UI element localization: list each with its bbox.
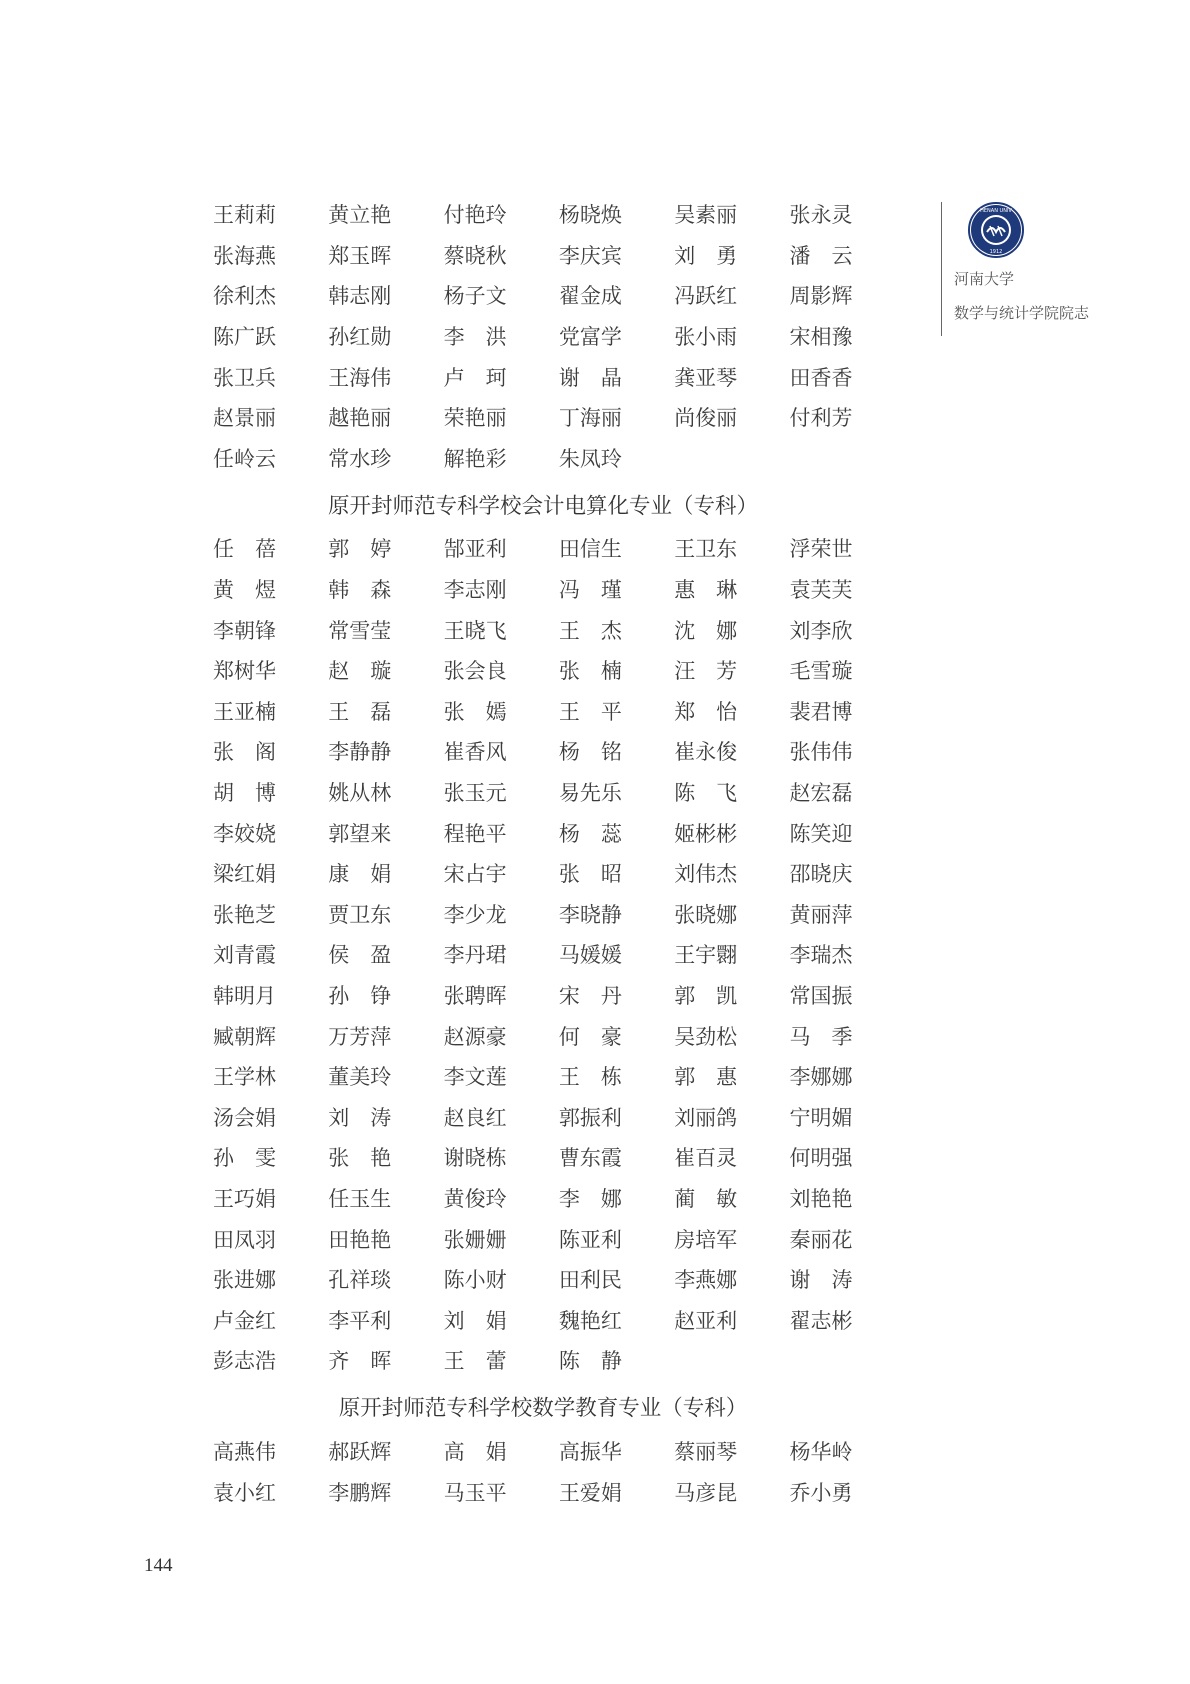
student-name: 杨子文 xyxy=(444,280,559,310)
student-name: 王 平 xyxy=(559,696,674,726)
student-name: 黄俊玲 xyxy=(444,1183,559,1213)
student-name: 李庆宾 xyxy=(559,240,674,270)
name-row: 李朝锋常雪莹王晓飞王 杰沈 娜刘李欣 xyxy=(213,609,913,650)
student-name: 张 艳 xyxy=(328,1142,443,1172)
student-name: 王晓飞 xyxy=(444,615,559,645)
student-name: 赵宏磊 xyxy=(789,777,904,807)
student-name: 陈亚利 xyxy=(559,1224,674,1254)
student-name: 李姣娆 xyxy=(213,818,328,848)
student-name: 毛雪璇 xyxy=(789,655,904,685)
student-name: 蔺 敏 xyxy=(674,1183,789,1213)
student-name: 李娜娜 xyxy=(789,1061,904,1091)
henan-university-seal-icon: HENAN UNIV 1912 xyxy=(968,202,1024,258)
name-row: 彭志浩齐 晖王 蕾陈 静 xyxy=(213,1340,913,1381)
student-name: 周影辉 xyxy=(789,280,904,310)
university-name: 河南大学 xyxy=(954,268,1089,289)
student-name: 黄丽萍 xyxy=(789,899,904,929)
student-name: 刘 娟 xyxy=(444,1305,559,1335)
student-name: 李文莲 xyxy=(444,1061,559,1091)
name-row: 李姣娆郭望来程艳平杨 蕊姬彬彬陈笑迎 xyxy=(213,812,913,853)
svg-text:HENAN UNIV: HENAN UNIV xyxy=(980,208,1012,214)
student-name: 谢晓栋 xyxy=(444,1142,559,1172)
student-name: 李志刚 xyxy=(444,574,559,604)
student-name: 马媛媛 xyxy=(559,939,674,969)
student-name: 李静静 xyxy=(328,736,443,766)
student-name: 吴劲松 xyxy=(674,1021,789,1051)
student-name: 王 蕾 xyxy=(444,1345,559,1375)
student-name: 黄 煜 xyxy=(213,574,328,604)
student-name: 袁芙芙 xyxy=(789,574,904,604)
student-name: 汪 芳 xyxy=(674,655,789,685)
student-name: 张姗姗 xyxy=(444,1224,559,1254)
student-name: 蔡丽琴 xyxy=(674,1436,789,1466)
student-name: 程艳平 xyxy=(444,818,559,848)
student-name: 梁红娟 xyxy=(213,858,328,888)
student-name: 万芳萍 xyxy=(328,1021,443,1051)
student-name: 魏艳红 xyxy=(559,1305,674,1335)
student-name: 杨晓焕 xyxy=(559,199,674,229)
name-row: 任 蓓郭 婷郜亚利田信生王卫东浮荣世 xyxy=(213,528,913,569)
student-name: 郭望来 xyxy=(328,818,443,848)
student-name: 汤会娟 xyxy=(213,1102,328,1132)
student-name: 任岭云 xyxy=(213,443,328,473)
student-name: 龚亚琴 xyxy=(674,362,789,392)
student-name: 张进娜 xyxy=(213,1264,328,1294)
student-name: 王亚楠 xyxy=(213,696,328,726)
name-row: 张艳芝贾卫东李少龙李晓静张晓娜黄丽萍 xyxy=(213,894,913,935)
student-name: 李朝锋 xyxy=(213,615,328,645)
student-name: 郑树华 xyxy=(213,655,328,685)
student-name: 田利民 xyxy=(559,1264,674,1294)
student-name: 沈 娜 xyxy=(674,615,789,645)
student-name: 张艳芝 xyxy=(213,899,328,929)
student-name: 张伟伟 xyxy=(789,736,904,766)
student-name: 郭 惠 xyxy=(674,1061,789,1091)
name-row: 梁红娟康 娟宋占宇张 昭刘伟杰邵晓庆 xyxy=(213,853,913,894)
student-name: 解艳彩 xyxy=(444,443,559,473)
student-name: 侯 盈 xyxy=(328,939,443,969)
student-name: 黄立艳 xyxy=(328,199,443,229)
student-name: 荣艳丽 xyxy=(444,402,559,432)
student-name: 彭志浩 xyxy=(213,1345,328,1375)
student-name: 田香香 xyxy=(789,362,904,392)
student-name: 田凤羽 xyxy=(213,1224,328,1254)
student-name: 乔小勇 xyxy=(789,1477,904,1507)
student-name: 韩志刚 xyxy=(328,280,443,310)
student-name: 郭 凯 xyxy=(674,980,789,1010)
student-name: 崔永俊 xyxy=(674,736,789,766)
name-row: 徐利杰韩志刚杨子文翟金成冯跃红周影辉 xyxy=(213,275,913,316)
student-name: 赵 璇 xyxy=(328,655,443,685)
student-name: 王宇翾 xyxy=(674,939,789,969)
student-name: 王海伟 xyxy=(328,362,443,392)
student-name: 孙红勋 xyxy=(328,321,443,351)
student-name: 丁海丽 xyxy=(559,402,674,432)
student-name: 马玉平 xyxy=(444,1477,559,1507)
student-name: 朱凤玲 xyxy=(559,443,674,473)
student-name: 高振华 xyxy=(559,1436,674,1466)
student-name: 宋占宇 xyxy=(444,858,559,888)
student-name: 李 娜 xyxy=(559,1183,674,1213)
name-row: 张海燕郑玉晖蔡晓秋李庆宾刘 勇潘 云 xyxy=(213,235,913,276)
student-name: 张 嫣 xyxy=(444,696,559,726)
student-name: 裴君博 xyxy=(789,696,904,726)
student-name: 张永灵 xyxy=(789,199,904,229)
student-name: 王莉莉 xyxy=(213,199,328,229)
student-name: 潘 云 xyxy=(789,240,904,270)
student-name: 赵亚利 xyxy=(674,1305,789,1335)
name-row: 张卫兵王海伟卢 珂谢 晶龚亚琴田香香 xyxy=(213,356,913,397)
student-name: 孙 铮 xyxy=(328,980,443,1010)
student-name: 陈 飞 xyxy=(674,777,789,807)
student-name: 何 豪 xyxy=(559,1021,674,1051)
student-name: 韩明月 xyxy=(213,980,328,1010)
student-name: 赵良红 xyxy=(444,1102,559,1132)
name-row: 臧朝辉万芳萍赵源豪何 豪吴劲松马 季 xyxy=(213,1015,913,1056)
name-list-content: 王莉莉黄立艳付艳玲杨晓焕吴素丽张永灵张海燕郑玉晖蔡晓秋李庆宾刘 勇潘 云徐利杰韩… xyxy=(213,194,913,1512)
student-name: 翟志彬 xyxy=(789,1305,904,1335)
name-row: 田凤羽田艳艳张姗姗陈亚利房培军秦丽花 xyxy=(213,1218,913,1259)
student-name: 冯跃红 xyxy=(674,280,789,310)
student-name: 王卫东 xyxy=(674,533,789,563)
name-row: 张进娜孔祥琰陈小财田利民李燕娜谢 涛 xyxy=(213,1259,913,1300)
student-name: 宋 丹 xyxy=(559,980,674,1010)
student-name: 王巧娟 xyxy=(213,1183,328,1213)
student-name: 冯 瑾 xyxy=(559,574,674,604)
student-name: 崔香风 xyxy=(444,736,559,766)
student-name: 张聘晖 xyxy=(444,980,559,1010)
student-name: 董美玲 xyxy=(328,1061,443,1091)
student-name: 刘青霞 xyxy=(213,939,328,969)
student-name: 卢 珂 xyxy=(444,362,559,392)
name-row: 张 阁李静静崔香风杨 铭崔永俊张伟伟 xyxy=(213,731,913,772)
student-name: 张小雨 xyxy=(674,321,789,351)
name-row: 高燕伟郝跃辉高 娟高振华蔡丽琴杨华岭 xyxy=(213,1431,913,1472)
student-name: 吴素丽 xyxy=(674,199,789,229)
student-name: 常国振 xyxy=(789,980,904,1010)
name-row: 郑树华赵 璇张会良张 楠汪 芳毛雪璇 xyxy=(213,650,913,691)
student-name: 王学林 xyxy=(213,1061,328,1091)
student-name: 陈广跃 xyxy=(213,321,328,351)
student-name: 张 昭 xyxy=(559,858,674,888)
student-name: 李燕娜 xyxy=(674,1264,789,1294)
student-name: 党富学 xyxy=(559,321,674,351)
student-name: 陈 静 xyxy=(559,1345,674,1375)
student-name: 郝跃辉 xyxy=(328,1436,443,1466)
student-name: 孙 雯 xyxy=(213,1142,328,1172)
name-row: 王亚楠王 磊张 嫣王 平郑 怡裴君博 xyxy=(213,691,913,732)
student-name: 齐 晖 xyxy=(328,1345,443,1375)
section-title: 原开封师范专科学校会计电算化专业（专科） xyxy=(233,480,853,528)
student-name: 袁小红 xyxy=(213,1477,328,1507)
page-number: 144 xyxy=(144,1555,173,1577)
name-row: 王学林董美玲李文莲王 栋郭 惠李娜娜 xyxy=(213,1056,913,1097)
book-title: 数学与统计学院院志 xyxy=(954,302,1089,323)
student-name: 任 蓓 xyxy=(213,533,328,563)
name-row: 袁小红李鹏辉马玉平王爱娟马彦昆乔小勇 xyxy=(213,1471,913,1512)
student-name: 张会良 xyxy=(444,655,559,685)
student-name: 高燕伟 xyxy=(213,1436,328,1466)
student-name: 刘丽鸽 xyxy=(674,1102,789,1132)
student-name: 李 洪 xyxy=(444,321,559,351)
name-row: 汤会娟刘 涛赵良红郭振利刘丽鸽宁明媚 xyxy=(213,1096,913,1137)
name-row: 王巧娟任玉生黄俊玲李 娜蔺 敏刘艳艳 xyxy=(213,1178,913,1219)
student-name: 谢 涛 xyxy=(789,1264,904,1294)
name-row: 卢金红李平利刘 娟魏艳红赵亚利翟志彬 xyxy=(213,1299,913,1340)
student-name: 蔡晓秋 xyxy=(444,240,559,270)
student-name: 姬彬彬 xyxy=(674,818,789,848)
student-name: 常水珍 xyxy=(328,443,443,473)
student-name: 任玉生 xyxy=(328,1183,443,1213)
student-name: 郑玉晖 xyxy=(328,240,443,270)
student-name: 李晓静 xyxy=(559,899,674,929)
student-name: 马彦昆 xyxy=(674,1477,789,1507)
student-name: 宋相豫 xyxy=(789,321,904,351)
student-name: 惠 琳 xyxy=(674,574,789,604)
student-name: 崔百灵 xyxy=(674,1142,789,1172)
student-name: 田艳艳 xyxy=(328,1224,443,1254)
student-name: 尚俊丽 xyxy=(674,402,789,432)
student-name: 房培军 xyxy=(674,1224,789,1254)
student-name: 郜亚利 xyxy=(444,533,559,563)
student-name: 常雪莹 xyxy=(328,615,443,645)
student-name: 刘伟杰 xyxy=(674,858,789,888)
name-row: 陈广跃孙红勋李 洪党富学张小雨宋相豫 xyxy=(213,316,913,357)
name-row: 胡 博姚从林张玉元易先乐陈 飞赵宏磊 xyxy=(213,772,913,813)
student-name: 康 娟 xyxy=(328,858,443,888)
student-name: 邵晓庆 xyxy=(789,858,904,888)
student-name: 刘李欣 xyxy=(789,615,904,645)
student-name: 李瑞杰 xyxy=(789,939,904,969)
student-name: 张 楠 xyxy=(559,655,674,685)
student-name: 付利芳 xyxy=(789,402,904,432)
student-name: 王爱娟 xyxy=(559,1477,674,1507)
student-name: 翟金成 xyxy=(559,280,674,310)
student-name: 卢金红 xyxy=(213,1305,328,1335)
student-name: 越艳丽 xyxy=(328,402,443,432)
student-name: 付艳玲 xyxy=(444,199,559,229)
student-name: 浮荣世 xyxy=(789,533,904,563)
sidebar-header: HENAN UNIV 1912 河南大学 数学与统计学院院志 xyxy=(941,202,1089,336)
student-name: 张玉元 xyxy=(444,777,559,807)
student-name: 高 娟 xyxy=(444,1436,559,1466)
student-name: 刘 涛 xyxy=(328,1102,443,1132)
student-name: 韩 森 xyxy=(328,574,443,604)
student-name: 郭振利 xyxy=(559,1102,674,1132)
student-name: 赵景丽 xyxy=(213,402,328,432)
student-name: 张卫兵 xyxy=(213,362,328,392)
name-row: 任岭云常水珍解艳彩朱凤玲 xyxy=(213,438,913,479)
name-row: 刘青霞侯 盈李丹珺马媛媛王宇翾李瑞杰 xyxy=(213,934,913,975)
name-row: 韩明月孙 铮张聘晖宋 丹郭 凯常国振 xyxy=(213,975,913,1016)
name-row: 赵景丽越艳丽荣艳丽丁海丽尚俊丽付利芳 xyxy=(213,397,913,438)
student-name: 何明强 xyxy=(789,1142,904,1172)
student-name: 曹东霞 xyxy=(559,1142,674,1172)
student-name: 徐利杰 xyxy=(213,280,328,310)
section-title: 原开封师范专科学校数学教育专业（专科） xyxy=(233,1383,853,1431)
svg-text:1912: 1912 xyxy=(990,249,1003,255)
student-name: 李平利 xyxy=(328,1305,443,1335)
student-name: 李少龙 xyxy=(444,899,559,929)
name-row: 孙 雯张 艳谢晓栋曹东霞崔百灵何明强 xyxy=(213,1137,913,1178)
student-name: 臧朝辉 xyxy=(213,1021,328,1051)
name-row: 黄 煜韩 森李志刚冯 瑾惠 琳袁芙芙 xyxy=(213,569,913,610)
student-name: 姚从林 xyxy=(328,777,443,807)
student-name: 郭 婷 xyxy=(328,533,443,563)
student-name: 李丹珺 xyxy=(444,939,559,969)
student-name: 张晓娜 xyxy=(674,899,789,929)
student-name: 杨 蕊 xyxy=(559,818,674,848)
student-name: 胡 博 xyxy=(213,777,328,807)
student-name: 杨 铭 xyxy=(559,736,674,766)
student-name: 李鹏辉 xyxy=(328,1477,443,1507)
student-name: 杨华岭 xyxy=(789,1436,904,1466)
student-name: 张 阁 xyxy=(213,736,328,766)
student-name: 陈小财 xyxy=(444,1264,559,1294)
student-name: 刘艳艳 xyxy=(789,1183,904,1213)
student-name: 王 磊 xyxy=(328,696,443,726)
student-name: 秦丽花 xyxy=(789,1224,904,1254)
student-name: 贾卫东 xyxy=(328,899,443,929)
name-row: 王莉莉黄立艳付艳玲杨晓焕吴素丽张永灵 xyxy=(213,194,913,235)
student-name: 宁明媚 xyxy=(789,1102,904,1132)
student-name: 谢 晶 xyxy=(559,362,674,392)
student-name: 赵源豪 xyxy=(444,1021,559,1051)
student-name: 刘 勇 xyxy=(674,240,789,270)
student-name: 郑 怡 xyxy=(674,696,789,726)
student-name: 王 杰 xyxy=(559,615,674,645)
student-name: 王 栋 xyxy=(559,1061,674,1091)
student-name: 马 季 xyxy=(789,1021,904,1051)
student-name: 张海燕 xyxy=(213,240,328,270)
student-name: 孔祥琰 xyxy=(328,1264,443,1294)
student-name: 易先乐 xyxy=(559,777,674,807)
student-name: 田信生 xyxy=(559,533,674,563)
student-name: 陈笑迎 xyxy=(789,818,904,848)
